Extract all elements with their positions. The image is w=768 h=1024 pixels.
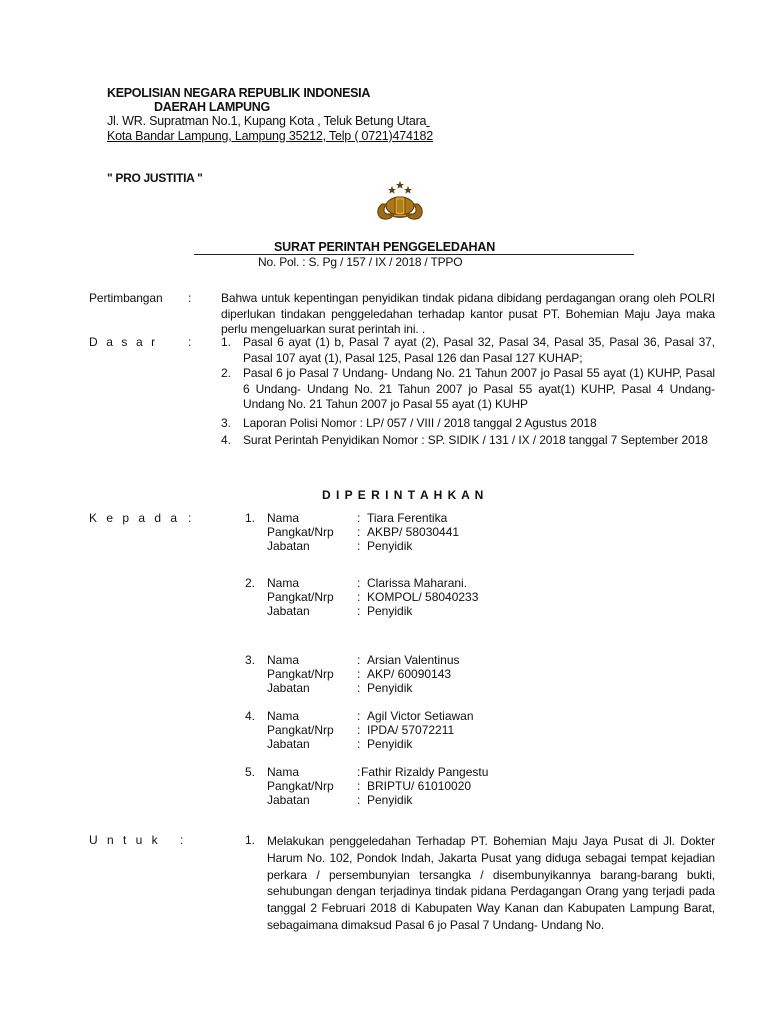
document-title: SURAT PERINTAH PENGGELEDAHAN <box>274 240 495 254</box>
member-nama-value: Arsian Valentinus <box>367 653 460 667</box>
member-pangkat-value: KOMPOL/ 58040233 <box>367 590 478 604</box>
address-line-1-text: Jl. WR. Supratman No.1, Kupang Kota , Te… <box>107 114 426 128</box>
member-2-num: 2. <box>245 576 255 592</box>
member-field-label: Pangkat/Nrp <box>267 723 334 737</box>
member-pangkat-value: BRIPTU/ 61010020 <box>367 779 471 793</box>
police-emblem-icon <box>372 180 428 222</box>
member-field-colon: : <box>357 723 360 737</box>
member-field-colon: : <box>357 793 360 807</box>
member-field-colon: : <box>357 539 360 553</box>
member-field-label: Pangkat/Nrp <box>267 525 334 539</box>
member-field-label: Jabatan <box>267 681 310 695</box>
member-nama-value: Clarissa Maharani. <box>367 576 467 590</box>
member-field-label: Jabatan <box>267 793 310 807</box>
member-field-label: Jabatan <box>267 539 310 553</box>
member-field-label: Pangkat/Nrp <box>267 667 334 681</box>
member-field-colon: : <box>357 653 360 667</box>
member-field-colon: : <box>357 525 360 539</box>
dasar-item-4-num: 4. <box>221 433 231 449</box>
member-field-label: Pangkat/Nrp <box>267 779 334 793</box>
pertimbangan-colon: : <box>188 291 191 307</box>
pertimbangan-text: Bahwa untuk kepentingan penyidikan tinda… <box>221 291 715 338</box>
member-jabatan-value: Penyidik <box>367 681 412 695</box>
dasar-item-2-num: 2. <box>221 366 231 382</box>
document-number: No. Pol. : S. Pg / 157 / IX / 2018 / TPP… <box>258 255 462 269</box>
member-field-colon: : <box>357 737 360 751</box>
institution-name: KEPOLISIAN NEGARA REPUBLIK INDONESIA <box>107 86 370 100</box>
member-field-colon: : <box>357 511 360 525</box>
member-jabatan-value: Penyidik <box>367 793 412 807</box>
dasar-item-3-text: Laporan Polisi Nomor : LP/ 057 / VIII / … <box>243 416 597 432</box>
member-field-colon: : <box>357 590 360 604</box>
dasar-item-4-text: Surat Perintah Penyidikan Nomor : SP. SI… <box>243 433 715 449</box>
untuk-colon: : <box>180 833 183 849</box>
member-field-label: Jabatan <box>267 604 310 618</box>
address-line-1: Jl. WR. Supratman No.1, Kupang Kota , Te… <box>107 114 430 128</box>
member-field-label: Nama <box>267 765 299 779</box>
member-field-label: Nama <box>267 511 299 525</box>
member-jabatan-value: Penyidik <box>367 737 412 751</box>
member-field-colon: : <box>357 709 360 723</box>
untuk-label: U n t u k <box>89 833 161 849</box>
address-underscore <box>426 114 429 128</box>
member-field-colon: : <box>357 576 360 590</box>
member-field-colon: : <box>357 667 360 681</box>
region-name: DAERAH LAMPUNG <box>154 100 270 114</box>
pro-justitia: " PRO JUSTITIA " <box>107 171 202 185</box>
member-pangkat-value: AKP/ 60090143 <box>367 667 451 681</box>
member-4-num: 4. <box>245 709 255 725</box>
member-field-colon: : <box>357 604 360 618</box>
member-field-label: Jabatan <box>267 737 310 751</box>
member-field-label: Nama <box>267 576 299 590</box>
member-field-label: Pangkat/Nrp <box>267 590 334 604</box>
member-5-num: 5. <box>245 765 255 781</box>
member-nama-value: Fathir Rizaldy Pangestu <box>361 765 488 779</box>
member-pangkat-value: AKBP/ 58030441 <box>367 525 459 539</box>
pertimbangan-label: Pertimbangan <box>89 291 163 307</box>
untuk-item-1-text: Melakukan penggeledahan Terhadap PT. Boh… <box>267 833 715 934</box>
member-field-colon: : <box>357 681 360 695</box>
member-pangkat-value: IPDA/ 57072211 <box>367 723 454 737</box>
member-field-colon: : <box>357 779 360 793</box>
member-1-num: 1. <box>245 511 255 527</box>
member-jabatan-value: Penyidik <box>367 539 412 553</box>
dasar-item-1-text: Pasal 6 ayat (1) b, Pasal 7 ayat (2), Pa… <box>243 335 715 366</box>
kepada-colon: : <box>188 511 191 527</box>
member-field-label: Nama <box>267 653 299 667</box>
dasar-item-1-num: 1. <box>221 335 231 351</box>
dasar-item-3-num: 3. <box>221 416 231 432</box>
member-3-num: 3. <box>245 653 255 669</box>
diperintahkan-heading: D I P E R I N T A H K A N <box>322 488 484 502</box>
dasar-item-2-text: Pasal 6 jo Pasal 7 Undang- Undang No. 21… <box>243 366 715 413</box>
member-field-label: Nama <box>267 709 299 723</box>
dasar-label: D a s a r <box>89 335 158 351</box>
member-nama-value: Agil Victor Setiawan <box>367 709 474 723</box>
member-nama-value: Tiara Ferentika <box>367 511 447 525</box>
address-line-2: Kota Bandar Lampung, Lampung 35212, Telp… <box>107 129 433 143</box>
untuk-item-1-num: 1. <box>245 833 255 849</box>
member-field-colon: : <box>357 765 360 779</box>
kepada-label: K e p a d a <box>89 511 180 527</box>
dasar-colon: : <box>188 335 191 351</box>
member-jabatan-value: Penyidik <box>367 604 412 618</box>
